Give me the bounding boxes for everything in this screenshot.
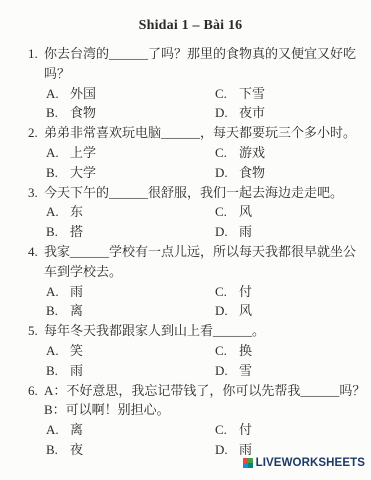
options-group: A. 笑 C. 换 B. 雨 D. 雪 xyxy=(46,341,353,381)
option-text: 食物 xyxy=(239,163,265,183)
question-4: 4. 我家______学校有一点儿远，所以每天我都很早就坐公 车到学校去。 A.… xyxy=(28,242,353,321)
option-text: 上学 xyxy=(70,143,96,163)
liveworksheets-logo-icon xyxy=(243,458,253,468)
option-label: B. xyxy=(46,361,70,381)
option-a[interactable]: A. 离 xyxy=(46,420,215,440)
options-group: A. 外国 C. 下雪 B. 食物 D. 夜市 xyxy=(46,84,353,124)
option-b[interactable]: B. 离 xyxy=(46,301,215,321)
option-label: A. xyxy=(46,202,70,222)
option-text: 付 xyxy=(239,420,252,440)
option-label: D. xyxy=(215,163,239,183)
question-line-speaker-b: B：可以啊！别担心。 xyxy=(44,400,365,420)
option-text: 夜 xyxy=(70,440,83,460)
question-5: 5. 每年冬天我都跟家人到山上看______。 A. 笑 C. 换 B. 雨 D… xyxy=(28,321,353,380)
option-label: A. xyxy=(46,341,70,361)
option-text: 东 xyxy=(70,202,83,222)
option-text: 游戏 xyxy=(239,143,265,163)
option-c[interactable]: C. 付 xyxy=(215,420,353,440)
option-text: 付 xyxy=(239,282,252,302)
option-text: 雨 xyxy=(239,222,252,242)
option-label: A. xyxy=(46,282,70,302)
option-label: D. xyxy=(215,361,239,381)
option-d[interactable]: D. 雪 xyxy=(215,361,353,381)
option-label: D. xyxy=(215,222,239,242)
question-line: 弟弟非常喜欢玩电脑______，每天都要玩三个多小时。 xyxy=(44,123,356,143)
option-label: B. xyxy=(46,301,70,321)
question-number: 2. xyxy=(28,123,44,143)
option-c[interactable]: C. 换 xyxy=(215,341,353,361)
option-a[interactable]: A. 笑 xyxy=(46,341,215,361)
question-3: 3. 今天下午的______很舒服，我们一起去海边走走吧。 A. 东 C. 风 … xyxy=(28,183,353,242)
option-c[interactable]: C. 付 xyxy=(215,282,353,302)
option-label: D. xyxy=(215,440,239,460)
option-label: B. xyxy=(46,163,70,183)
option-d[interactable]: D. 夜市 xyxy=(215,103,353,123)
question-number: 4. xyxy=(28,242,44,282)
question-6: 6. A：不好意思，我忘记带钱了，你可以先帮我______吗？ B：可以啊！别担… xyxy=(28,381,353,460)
option-label: C. xyxy=(215,282,239,302)
logo-square-teal xyxy=(248,463,253,468)
option-d[interactable]: D. 雨 xyxy=(215,222,353,242)
option-text: 食物 xyxy=(70,103,96,123)
question-text: 今天下午的______很舒服，我们一起去海边走走吧。 xyxy=(44,183,353,203)
option-d[interactable]: D. 风 xyxy=(215,301,353,321)
option-c[interactable]: C. 风 xyxy=(215,202,353,222)
option-text: 夜市 xyxy=(239,103,265,123)
option-label: C. xyxy=(215,84,239,104)
question-number: 3. xyxy=(28,183,44,203)
option-label: C. xyxy=(215,143,239,163)
option-c[interactable]: C. 下雪 xyxy=(215,84,353,104)
option-label: D. xyxy=(215,103,239,123)
option-label: C. xyxy=(215,202,239,222)
question-line: 你去台湾的______了吗？那里的食物真的又便宜又好吃 xyxy=(44,44,356,64)
options-group: A. 雨 C. 付 B. 离 D. 风 xyxy=(46,282,353,322)
option-label: A. xyxy=(46,420,70,440)
option-label: B. xyxy=(46,103,70,123)
option-b[interactable]: B. 食物 xyxy=(46,103,215,123)
question-text: 每年冬天我都跟家人到山上看______。 xyxy=(44,321,353,341)
option-a[interactable]: A. 雨 xyxy=(46,282,215,302)
option-text: 雨 xyxy=(70,361,83,381)
option-text: 下雪 xyxy=(239,84,265,104)
option-a[interactable]: A. 东 xyxy=(46,202,215,222)
option-label: D. xyxy=(215,301,239,321)
question-text: A：不好意思，我忘记带钱了，你可以先帮我______吗？ B：可以啊！别担心。 xyxy=(44,381,365,421)
option-label: B. xyxy=(46,440,70,460)
question-text: 弟弟非常喜欢玩电脑______，每天都要玩三个多小时。 xyxy=(44,123,356,143)
question-text: 我家______学校有一点儿远，所以每天我都很早就坐公 车到学校去。 xyxy=(44,242,356,282)
question-number: 6. xyxy=(28,381,44,421)
question-2: 2. 弟弟非常喜欢玩电脑______，每天都要玩三个多小时。 A. 上学 C. … xyxy=(28,123,353,182)
question-line: 今天下午的______很舒服，我们一起去海边走走吧。 xyxy=(44,183,353,203)
option-text: 笑 xyxy=(70,341,83,361)
question-line: 每年冬天我都跟家人到山上看______。 xyxy=(44,321,353,341)
option-text: 大学 xyxy=(70,163,96,183)
options-group: A. 离 C. 付 B. 夜 D. 雨 xyxy=(46,420,353,460)
option-text: 搭 xyxy=(70,222,83,242)
option-text: 离 xyxy=(70,420,83,440)
option-label: A. xyxy=(46,84,70,104)
option-label: C. xyxy=(215,341,239,361)
option-text: 雪 xyxy=(239,361,252,381)
question-line: 我家______学校有一点儿远，所以每天我都很早就坐公 xyxy=(44,242,356,262)
option-text: 风 xyxy=(239,202,252,222)
option-b[interactable]: B. 雨 xyxy=(46,361,215,381)
worksheet-title: Shidai 1 – Bài 16 xyxy=(28,16,353,36)
option-label: C. xyxy=(215,420,239,440)
worksheet-page: Shidai 1 – Bài 16 1. 你去台湾的______了吗？那里的食物… xyxy=(0,0,371,460)
option-b[interactable]: B. 大学 xyxy=(46,163,215,183)
option-text: 外国 xyxy=(70,84,96,104)
liveworksheets-watermark[interactable]: LIVEWORKSHEETS xyxy=(243,457,365,469)
options-group: A. 东 C. 风 B. 搭 D. 雨 xyxy=(46,202,353,242)
options-group: A. 上学 C. 游戏 B. 大学 D. 食物 xyxy=(46,143,353,183)
question-line-speaker-a: A：不好意思，我忘记带钱了，你可以先帮我______吗？ xyxy=(44,381,365,401)
question-number: 5. xyxy=(28,321,44,341)
option-d[interactable]: D. 食物 xyxy=(215,163,353,183)
option-text: 风 xyxy=(239,301,252,321)
option-a[interactable]: A. 上学 xyxy=(46,143,215,163)
option-c[interactable]: C. 游戏 xyxy=(215,143,353,163)
question-number: 1. xyxy=(28,44,44,84)
option-text: 换 xyxy=(239,341,252,361)
question-line: 吗？ xyxy=(44,64,356,84)
option-a[interactable]: A. 外国 xyxy=(46,84,215,104)
option-text: 离 xyxy=(70,301,83,321)
option-label: B. xyxy=(46,222,70,242)
question-text: 你去台湾的______了吗？那里的食物真的又便宜又好吃 吗？ xyxy=(44,44,356,84)
option-b[interactable]: B. 搭 xyxy=(46,222,215,242)
brand-text: LIVEWORKSHEETS xyxy=(256,457,365,469)
question-line: 车到学校去。 xyxy=(44,262,356,282)
question-1: 1. 你去台湾的______了吗？那里的食物真的又便宜又好吃 吗？ A. 外国 … xyxy=(28,44,353,123)
option-text: 雨 xyxy=(70,282,83,302)
option-b[interactable]: B. 夜 xyxy=(46,440,215,460)
option-label: A. xyxy=(46,143,70,163)
